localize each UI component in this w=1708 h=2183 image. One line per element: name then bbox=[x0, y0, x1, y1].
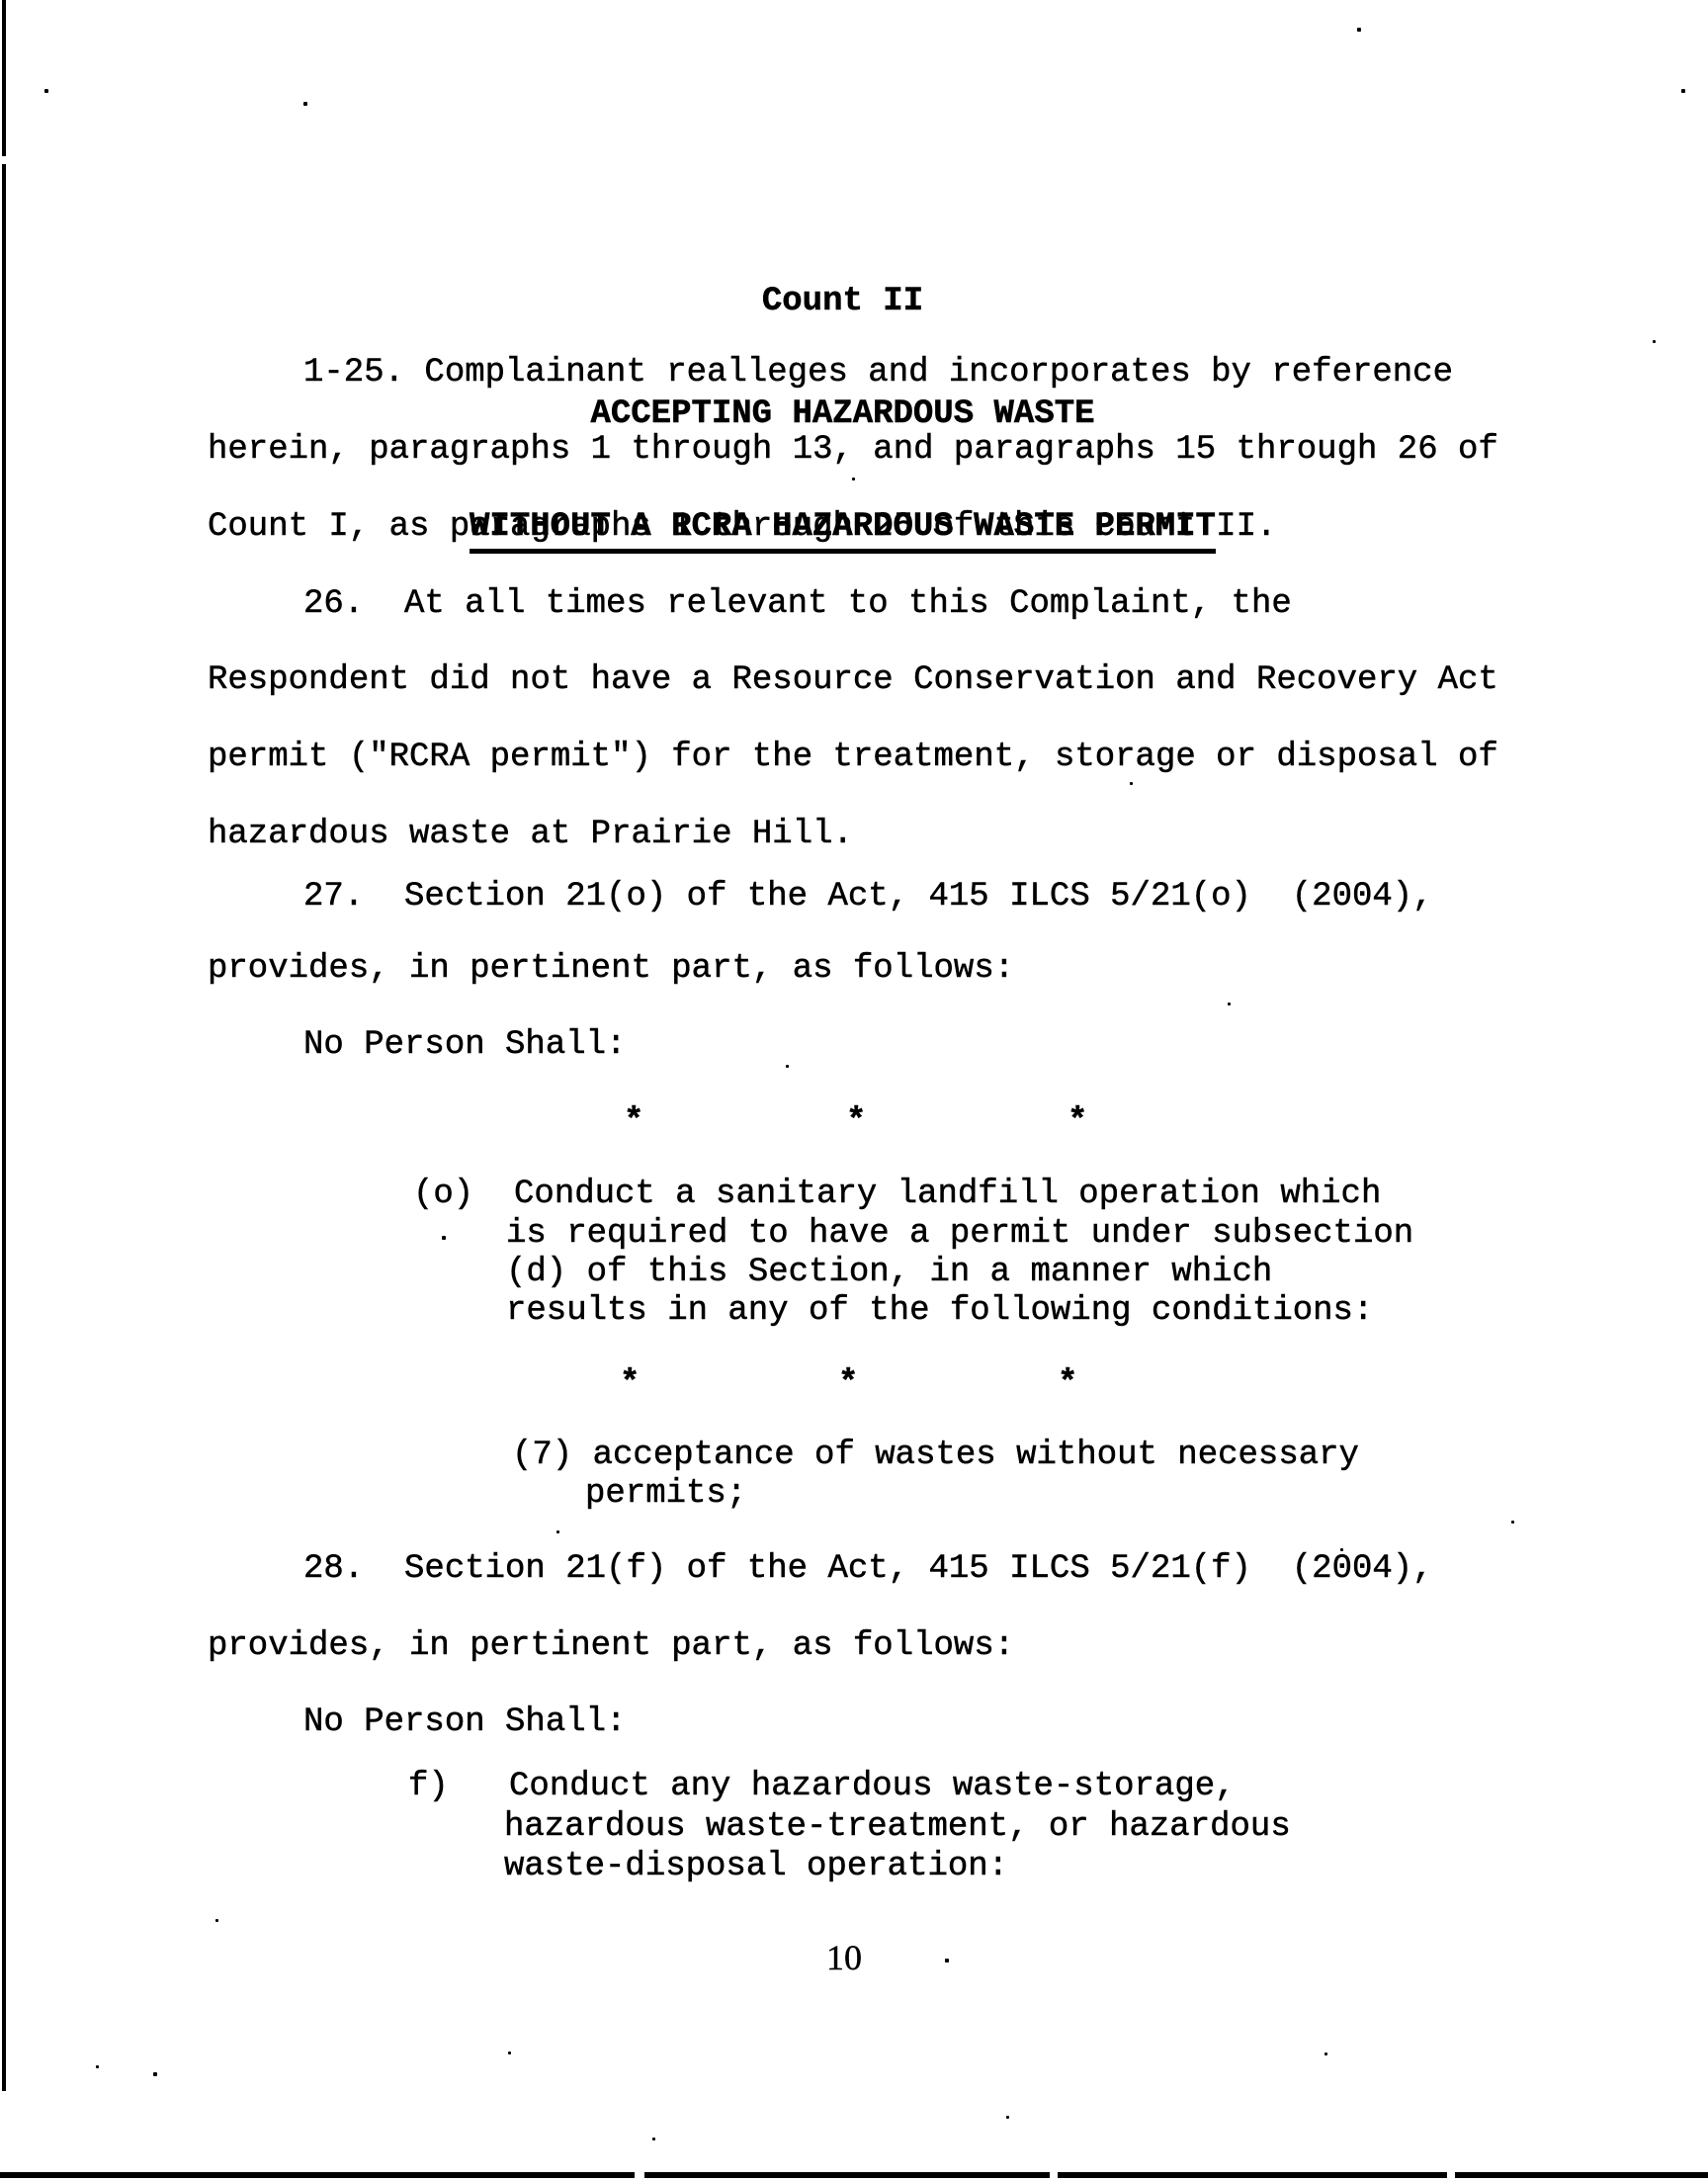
scan-speck bbox=[1228, 1003, 1231, 1005]
body-text-line: provides, in pertinent part, as follows: bbox=[208, 949, 1014, 989]
scan-speck bbox=[1130, 782, 1133, 785]
body-text-line: waste-disposal operation: bbox=[504, 1847, 1008, 1886]
body-text-line: (7) acceptance of wastes without necessa… bbox=[512, 1436, 1359, 1475]
scan-speck bbox=[786, 1065, 789, 1068]
scan-speck bbox=[508, 2052, 511, 2054]
body-text-line: hazardous waste at Prairie Hill. bbox=[208, 815, 853, 854]
count-title: Count II bbox=[0, 283, 1685, 320]
scan-speck bbox=[556, 1530, 559, 1533]
bottom-edge-scan-line bbox=[1455, 2172, 1708, 2178]
left-edge-scan-line bbox=[2, 0, 6, 156]
body-text-line: results in any of the following conditio… bbox=[506, 1291, 1373, 1331]
body-text-line: provides, in pertinent part, as follows: bbox=[208, 1626, 1014, 1666]
scan-speck bbox=[96, 2065, 99, 2068]
scan-speck bbox=[852, 478, 855, 480]
count-heading-block: Count II ACCEPTING HAZARDOUS WASTE WITHO… bbox=[0, 208, 1685, 629]
scan-speck bbox=[1006, 2116, 1009, 2119]
body-text-line: hazardous waste-treatment, or hazardous bbox=[504, 1807, 1291, 1847]
scanned-legal-document-page: Count II ACCEPTING HAZARDOUS WASTE WITHO… bbox=[0, 0, 1708, 2183]
scan-speck bbox=[945, 1959, 949, 1963]
body-text-line: No Person Shall: bbox=[303, 1025, 626, 1065]
scan-speck bbox=[303, 102, 307, 106]
body-text-line: No Person Shall: bbox=[303, 1703, 626, 1742]
body-text-line: (d) of this Section, in a manner which bbox=[506, 1253, 1272, 1292]
scan-speck bbox=[1340, 1548, 1343, 1551]
body-text-line: 28. Section 21(f) of the Act, 415 ILCS 5… bbox=[303, 1549, 1433, 1589]
asterisk-separator: * bbox=[1058, 1364, 1077, 1404]
bottom-edge-scan-line bbox=[0, 2172, 635, 2178]
body-text-line: permits; bbox=[585, 1474, 746, 1514]
body-text-line: 26. At all times relevant to this Compla… bbox=[303, 584, 1292, 624]
bottom-edge-scan-line bbox=[644, 2172, 1050, 2178]
body-text-line: Respondent did not have a Resource Conse… bbox=[208, 660, 1498, 700]
scan-speck bbox=[652, 2138, 655, 2140]
asterisk-separator: * bbox=[620, 1364, 640, 1404]
asterisk-separator: * bbox=[1067, 1102, 1087, 1142]
left-edge-scan-line bbox=[2, 164, 6, 2091]
body-text-line: herein, paragraphs 1 through 13, and par… bbox=[208, 430, 1498, 470]
scan-speck bbox=[1357, 28, 1361, 32]
page-number: 10 bbox=[826, 1938, 862, 1977]
body-text-line: permit ("RCRA permit") for the treatment… bbox=[208, 738, 1498, 777]
scan-speck bbox=[295, 836, 299, 840]
body-text-line: (o) Conduct a sanitary landfill operatio… bbox=[413, 1175, 1381, 1214]
body-text-line: Count I, as paragraphs 1 through 25 of t… bbox=[208, 507, 1276, 547]
scan-speck bbox=[442, 1236, 446, 1240]
asterisk-separator: * bbox=[838, 1364, 858, 1404]
scan-speck bbox=[1653, 340, 1656, 343]
asterisk-separator: * bbox=[846, 1102, 866, 1142]
scan-speck bbox=[1681, 89, 1685, 93]
scan-speck bbox=[1324, 2052, 1327, 2055]
count-subtitle: ACCEPTING HAZARDOUS WASTE bbox=[0, 395, 1685, 433]
scan-speck bbox=[1511, 1521, 1514, 1524]
scan-speck bbox=[215, 1919, 218, 1922]
body-text-line: is required to have a permit under subse… bbox=[506, 1214, 1413, 1254]
scan-speck bbox=[44, 89, 48, 93]
body-text-line: f) Conduct any hazardous waste-storage, bbox=[408, 1767, 1236, 1806]
asterisk-separator: * bbox=[624, 1102, 643, 1142]
bottom-edge-scan-line bbox=[1058, 2172, 1447, 2178]
scan-speck bbox=[153, 2072, 157, 2076]
body-text-line: 27. Section 21(o) of the Act, 415 ILCS 5… bbox=[303, 877, 1433, 917]
body-text-line: 1-25. Complainant realleges and incorpor… bbox=[303, 353, 1453, 393]
